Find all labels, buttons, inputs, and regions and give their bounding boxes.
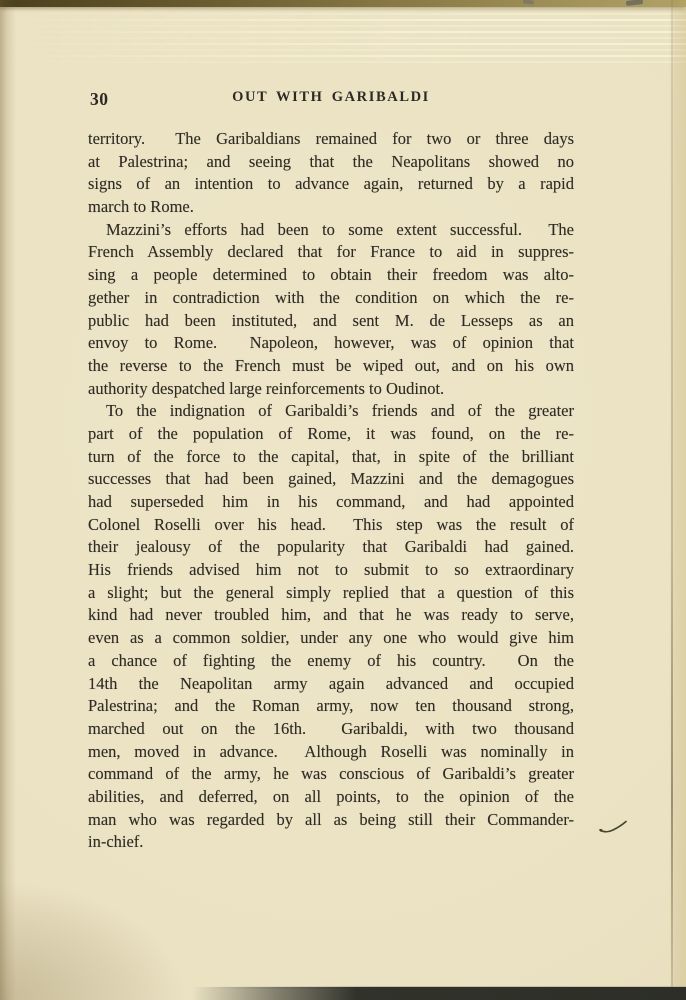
text-line: a slight; but the general simply replied… bbox=[88, 582, 574, 605]
text-line: authority despatched large reinforcement… bbox=[88, 378, 574, 401]
page-number: 30 bbox=[90, 89, 109, 110]
text-line: envoy to Rome. Napoleon, however, was of… bbox=[88, 332, 574, 355]
text-line: a chance of fighting the enemy of his co… bbox=[88, 650, 574, 673]
text-line: their jealousy of the popularity that Ga… bbox=[88, 536, 574, 559]
text-line: gether in contradiction with the conditi… bbox=[88, 287, 574, 310]
text-line: territory. The Garibaldians remained for… bbox=[88, 128, 574, 151]
text-line: even as a common soldier, under any one … bbox=[88, 627, 574, 650]
text-line: command of the army, he was conscious of… bbox=[88, 763, 574, 786]
text-line: man who was regarded by all as being sti… bbox=[88, 809, 574, 832]
text-line: abilities, and deferred, on all points, … bbox=[88, 786, 574, 809]
text-line: Palestrina; and the Roman army, now ten … bbox=[88, 695, 574, 718]
running-title: OUT WITH GARIBALDI bbox=[88, 89, 574, 106]
text-line: march to Rome. bbox=[88, 196, 574, 219]
text-line: successes that had been gained, Mazzini … bbox=[88, 468, 574, 491]
text-line: had superseded him in his command, and h… bbox=[88, 491, 574, 514]
text-line: kind had never troubled him, and that he… bbox=[88, 604, 574, 627]
book-page-scan: 30 OUT WITH GARIBALDI territory. The Gar… bbox=[0, 0, 686, 1000]
text-line: To the indignation of Garibaldi’s friend… bbox=[88, 400, 574, 423]
text-line: marched out on the 16th. Garibaldi, with… bbox=[88, 718, 574, 741]
text-line: French Assembly declared that for France… bbox=[88, 241, 574, 264]
text-line: public had been instituted, and sent M. … bbox=[88, 310, 574, 333]
text-line: signs of an intention to advance again, … bbox=[88, 173, 574, 196]
scan-left-shadow bbox=[0, 0, 16, 1000]
text-line: at Palestrina; and seeing that the Neapo… bbox=[88, 151, 574, 174]
page-top-light-streaks bbox=[0, 7, 686, 65]
paragraph: To the indignation of Garibaldi’s friend… bbox=[88, 400, 574, 854]
paragraph: Mazzini’s efforts had been to some exten… bbox=[88, 219, 574, 401]
text-line: Mazzini’s efforts had been to some exten… bbox=[88, 219, 574, 242]
text-line: sing a people determined to obtain their… bbox=[88, 264, 574, 287]
bottom-left-corner-shadow bbox=[0, 870, 220, 1000]
page-right-crease bbox=[671, 0, 673, 1000]
text-line: part of the population of Rome, it was f… bbox=[88, 423, 574, 446]
page-header: 30 OUT WITH GARIBALDI bbox=[88, 89, 574, 106]
text-line: 14th the Neapolitan army again advanced … bbox=[88, 673, 574, 696]
body-text: territory. The Garibaldians remained for… bbox=[88, 128, 574, 854]
ink-squiggle-mark bbox=[598, 818, 630, 838]
text-line: men, moved in advance. Although Roselli … bbox=[88, 741, 574, 764]
text-line: His friends advised him not to submit to… bbox=[88, 559, 574, 582]
text-line: Colonel Roselli over his head. This step… bbox=[88, 514, 574, 537]
text-line: in-chief. bbox=[88, 831, 574, 854]
scan-top-edge bbox=[0, 0, 686, 7]
text-line: the reverse to the French must be wiped … bbox=[88, 355, 574, 378]
scan-bottom-edge bbox=[0, 987, 686, 1000]
paragraph: territory. The Garibaldians remained for… bbox=[88, 128, 574, 219]
text-line: turn of the force to the capital, that, … bbox=[88, 446, 574, 469]
